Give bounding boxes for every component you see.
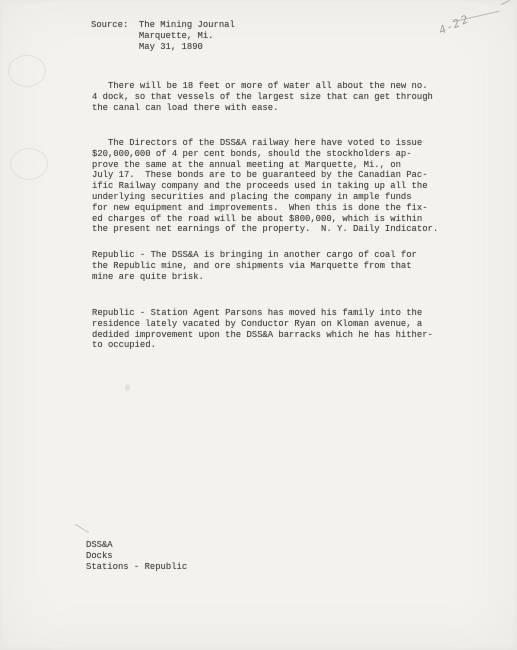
scanned-document-page: 4-22 Source: The Mining Journal Marquett… <box>0 0 517 650</box>
source-citation-block: Source: The Mining Journal Marquette, Mi… <box>91 20 235 52</box>
paragraph-dock-water: There will be 18 feet or more of water a… <box>92 81 433 113</box>
paragraph-bond-issue: The Directors of the DSS&A railway here … <box>92 138 438 235</box>
smudge-mark <box>125 384 130 391</box>
paragraph-republic-coal: Republic - The DSS&A is bringing in anot… <box>92 250 417 282</box>
paragraph-station-agent: Republic - Station Agent Parsons has mov… <box>92 308 433 351</box>
hole-punch-mark-bottom <box>10 148 48 180</box>
pencil-slash-mark <box>75 524 89 533</box>
index-tags: DSS&A Docks Stations - Republic <box>86 540 187 572</box>
handwritten-pencil-annotation: 4-22 <box>437 12 472 37</box>
hole-punch-mark-top <box>8 55 46 87</box>
pencil-check-mark <box>501 0 509 5</box>
